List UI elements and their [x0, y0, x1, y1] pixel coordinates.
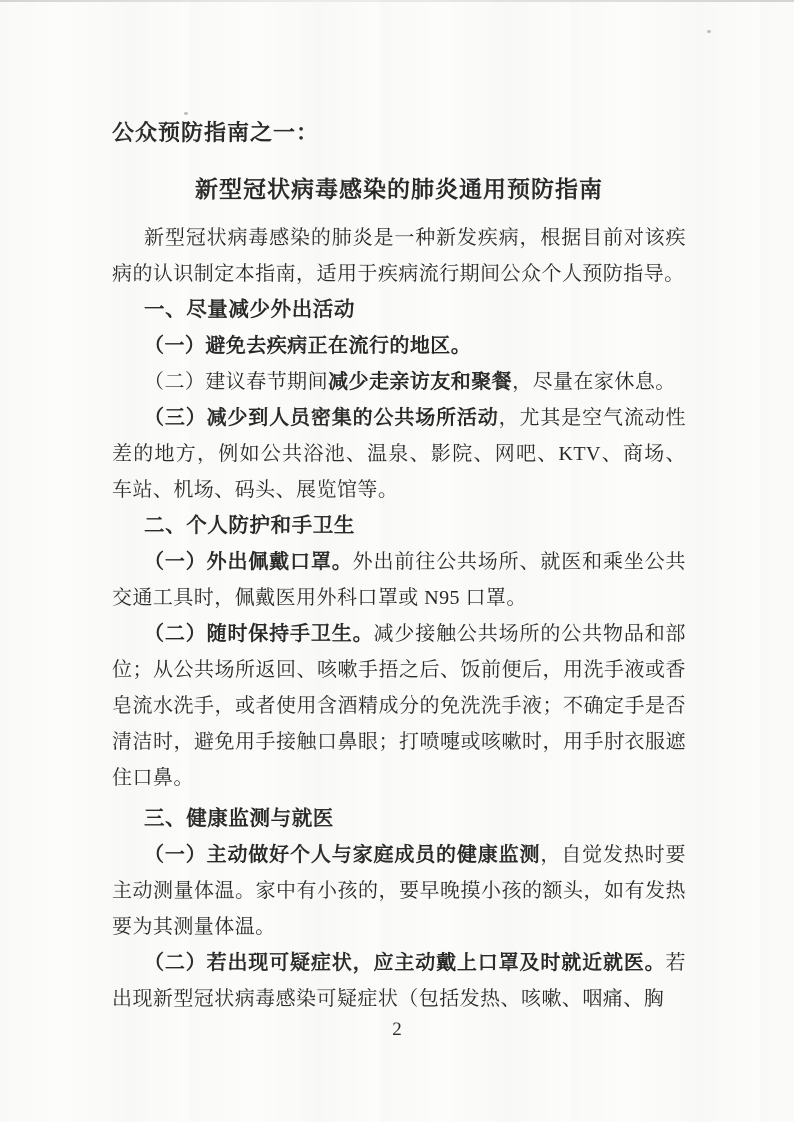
section-2-item-2: （二）随时保持手卫生。减少接触公共场所的公共物品和部位；从公共场所返回、咳嗽手捂…	[112, 616, 686, 796]
item-text-regular: 减少接触公共场所的公共物品和部位；从公共场所返回、咳嗽手捂之后、饭前便后，用洗手…	[112, 623, 686, 789]
section-1-item-2: （二）建议春节期间减少走亲访友和聚餐，尽量在家休息。	[112, 364, 686, 400]
guide-series-label: 公众预防指南之一：	[112, 116, 686, 150]
section-1-item-1: （一）避免去疾病正在流行的地区。	[112, 328, 686, 364]
document-content: 公众预防指南之一： 新型冠状病毒感染的肺炎通用预防指南 新型冠状病毒感染的肺炎是…	[112, 116, 686, 1017]
item-text-bold: （二）随时保持手卫生。	[144, 623, 373, 645]
section-3-item-1: （一）主动做好个人与家庭成员的健康监测，自觉发热时要主动测量体温。家中有小孩的，…	[112, 837, 686, 945]
item-text-bold: （三）减少到人员密集的公共场所活动	[144, 407, 499, 429]
document-title: 新型冠状病毒感染的肺炎通用预防指南	[112, 173, 686, 207]
section-1-item-3: （三）减少到人员密集的公共场所活动，尤其是空气流动性差的地方，例如公共浴池、温泉…	[112, 400, 686, 508]
section-1-heading: 一、尽量减少外出活动	[112, 292, 686, 328]
scan-speck	[707, 30, 711, 33]
section-2-heading: 二、个人防护和手卫生	[112, 508, 686, 544]
item-text-bold: （一）外出佩戴口罩。	[144, 551, 353, 573]
document-page: 公众预防指南之一： 新型冠状病毒感染的肺炎通用预防指南 新型冠状病毒感染的肺炎是…	[0, 0, 794, 1122]
scan-artifact-top-edge	[0, 0, 794, 2]
item-text-regular: ，尽量在家休息。	[512, 371, 676, 393]
item-text-bold: （二）若出现可疑症状，应主动戴上口罩及时就近就医。	[144, 952, 666, 974]
page-number: 2	[0, 1018, 794, 1042]
intro-paragraph: 新型冠状病毒感染的肺炎是一种新发疾病，根据目前对该疾病的认识制定本指南，适用于疾…	[112, 220, 686, 292]
section-2-item-1: （一）外出佩戴口罩。外出前往公共场所、就医和乘坐公共交通工具时，佩戴医用外科口罩…	[112, 544, 686, 616]
item-text-regular: （二）建议春节期间	[144, 371, 328, 393]
item-text-bold: （一）主动做好个人与家庭成员的健康监测	[144, 844, 540, 866]
item-text-bold: （一）避免去疾病正在流行的地区。	[144, 335, 471, 357]
section-3-heading: 三、健康监测与就医	[112, 801, 686, 837]
scan-speck	[184, 112, 188, 115]
section-3-item-2: （二）若出现可疑症状，应主动戴上口罩及时就近就医。若出现新型冠状病毒感染可疑症状…	[112, 945, 686, 1017]
item-text-bold: 减少走亲访友和聚餐	[328, 371, 512, 393]
